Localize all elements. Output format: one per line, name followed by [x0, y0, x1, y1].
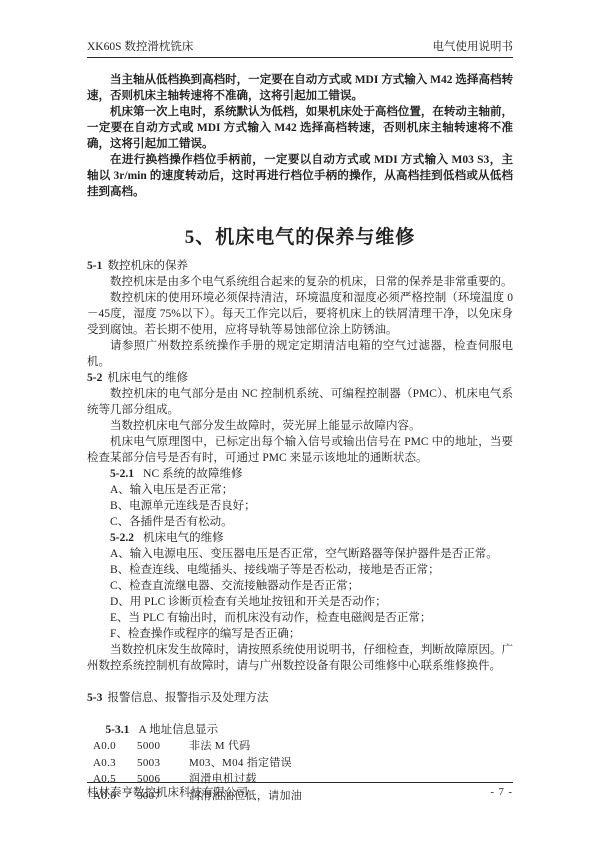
- intro-paragraph-1: 当主轴从低档换到高档时，一定要在自动方式或 MDI 方式输入 M42 选择高档转…: [87, 72, 513, 104]
- page-header: XK60S 数控滑枕铣床 电气使用说明书: [87, 40, 513, 58]
- section-5-1-heading: 5-1数控机床的保养: [87, 258, 513, 274]
- checklist-item: C、各插件是否有松动。: [110, 514, 513, 530]
- header-machine-model: XK60S 数控滑枕铣床: [87, 40, 193, 54]
- checklist-item: E、当 PLC 有输出时，而机床没有动作，检查电磁阀是否正常；: [110, 610, 513, 626]
- alarm-row: A0.3 5003 M03、M04 指定错误: [93, 755, 513, 772]
- alarm-address: A0.3: [93, 755, 137, 772]
- section-5-1-paragraph-1: 数控机床是由多个电气系统组合起来的复杂的机床，日常的保养是非常重要的。: [87, 274, 513, 290]
- section-5-2-paragraph-1: 数控机床的电气部分是由 NC 控制机系统、可编程控制器（PMC）、机床电气系统等…: [87, 386, 513, 418]
- section-5-2-1-label: NC 系统的故障维修: [143, 468, 242, 480]
- section-5-3-label: 报警信息、报警指示及处理方法: [108, 692, 269, 704]
- section-5-2-2-closing-paragraph: 当数控机床发生故障时，请按照系统使用说明书，仔细检查，判断故障原因。广州数控系统…: [87, 642, 513, 674]
- checklist-item: A、输入电源电压、变压器电压是否正常，空气断路器等保护器件是否正常。: [110, 546, 513, 562]
- document-page: XK60S 数控滑枕铣床 电气使用说明书 当主轴从低档换到高档时，一定要在自动方…: [0, 0, 600, 848]
- section-5-2-number: 5-2: [87, 372, 102, 384]
- section-5-2-label: 机床电气的维修: [108, 372, 189, 384]
- page-number: - 7 -: [491, 786, 514, 800]
- checklist-item: A、输入电压是否正常；: [110, 482, 513, 498]
- section-5-3-1-label: A 地址信息显示: [139, 724, 219, 736]
- alarm-message: 非法 M 代码: [189, 738, 250, 755]
- alarm-row: A0.0 5000 非法 M 代码: [93, 738, 513, 755]
- section-5-2-1-number: 5-2.1: [110, 468, 134, 480]
- footer-company-name: 桂林泰亨数控机床科技有限公司: [87, 786, 248, 800]
- intro-warning-paragraphs: 当主轴从低档换到高档时，一定要在自动方式或 MDI 方式输入 M42 选择高档转…: [87, 72, 513, 200]
- section-5-2-2-label: 机床电气的维修: [143, 532, 224, 544]
- section-5-2-2-number: 5-2.2: [110, 532, 134, 544]
- alarm-message: M03、M04 指定错误: [189, 755, 292, 772]
- section-5-3-1-number: 5-3.1: [105, 724, 129, 736]
- section-5-3-1-heading: 5-3.1A 地址信息显示: [105, 722, 513, 738]
- alarm-code: 5000: [137, 738, 189, 755]
- section-5-2-paragraph-2: 当数控机床电气部分发生故障时，荧光屏上能显示故障内容。: [87, 418, 513, 434]
- checklist-item: C、检查直流继电器、交流接触器动作是否正常；: [110, 578, 513, 594]
- section-5-2-1-heading: 5-2.1NC 系统的故障维修: [110, 466, 513, 482]
- section-5-2-2-heading: 5-2.2机床电气的维修: [110, 530, 513, 546]
- page-footer: 桂林泰亨数控机床科技有限公司 - 7 -: [87, 782, 513, 800]
- section-5-1-label: 数控机床的保养: [108, 260, 189, 272]
- section-5-1-number: 5-1: [87, 260, 102, 272]
- section-5-2-heading: 5-2机床电气的维修: [87, 370, 513, 386]
- intro-paragraph-2: 机床第一次上电时，系统默认为低档，如果机床处于高档位置，在转动主轴前，一定要在自…: [87, 104, 513, 152]
- checklist-item: F、检查操作或程序的编写是否正确；: [110, 626, 513, 642]
- section-5-2-paragraph-3: 机床电气原理图中，已标定出每个输入信号或输出信号在 PMC 中的地址，当要检查某…: [87, 434, 513, 466]
- checklist-item: B、电源单元连线是否良好；: [110, 498, 513, 514]
- section-5-3-heading: 5-3报警信息、报警指示及处理方法: [87, 690, 513, 706]
- chapter-title: 5、机床电气的保养与维修: [87, 222, 513, 249]
- alarm-address: A0.0: [93, 738, 137, 755]
- section-5-1-paragraph-3: 请参照广州数控系统操作手册的规定定期清洁电箱的空气过滤器，检查伺服电机。: [87, 338, 513, 370]
- section-5-1-paragraph-2: 数控机床的使用环境必须保持清洁，环境温度和湿度必须严格控制（环境温度 0－45度…: [87, 290, 513, 338]
- checklist-item: B、检查连线、电缆插头、接线端子等是否松动，接地是否正常；: [110, 562, 513, 578]
- alarm-code: 5003: [137, 755, 189, 772]
- intro-paragraph-3: 在进行换档操作档位手柄前，一定要以自动方式或 MDI 方式输入 M03 S3，主…: [87, 152, 513, 200]
- section-5-3-number: 5-3: [87, 692, 102, 704]
- checklist-item: D、用 PLC 诊断页检查有关地址按钮和开关是否动作；: [110, 594, 513, 610]
- header-doc-type: 电气使用说明书: [433, 40, 514, 54]
